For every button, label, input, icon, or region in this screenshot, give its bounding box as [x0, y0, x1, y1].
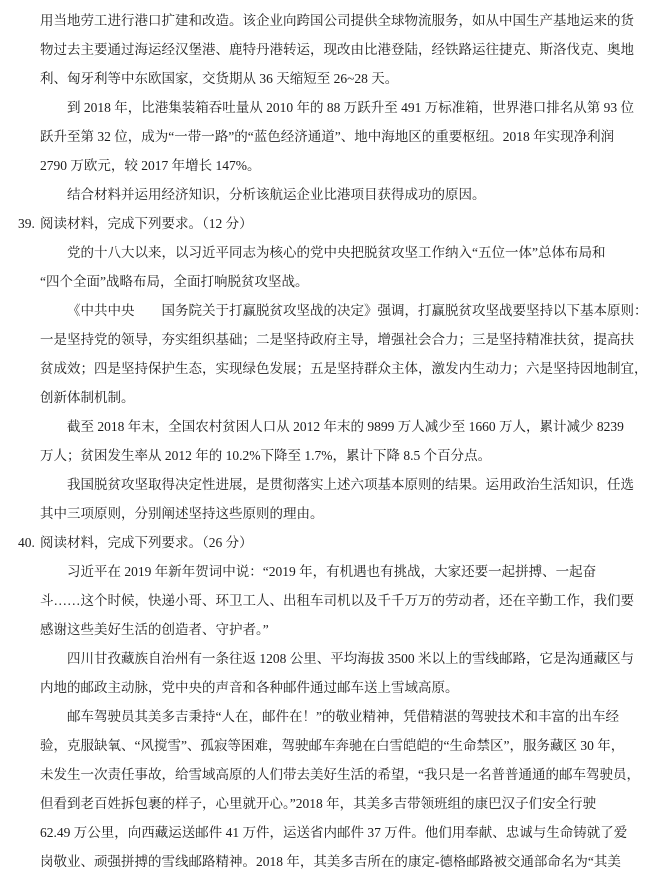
text-line: 跃升至第 32 位，成为“一带一路”的“蓝色经济通道”、地中海地区的重要枢纽。2…: [40, 122, 632, 151]
paragraph: 四川甘孜藏族自治州有一条往返 1208 公里、平均海拔 3500 米以上的雪线邮…: [40, 644, 632, 702]
text-line: 万人；贫困发生率从 2012 年的 10.2%下降至 1.7%，累计下降 8.5…: [40, 441, 632, 470]
paragraph: 我国脱贫攻坚取得决定性进展，是贯彻落实上述六项基本原则的结果。运用政治生活知识，…: [40, 470, 632, 528]
text-line: 感谢这些美好生活的创造者、守护者。”: [40, 615, 632, 644]
text-line: 斗……这个时候，快递小哥、环卫工人、出租车司机以及千千万万的劳动者，还在辛勤工作…: [40, 586, 632, 615]
text-line: 岗敬业、顽强拼搏的雪线邮路精神。2018 年，其美多吉所在的康定-德格邮路被交通…: [40, 847, 632, 876]
text-line: 62.49 万公里，向西藏运送邮件 41 万件，运送省内邮件 37 万件。他们用…: [40, 818, 632, 847]
paragraph: 结合材料并运用经济知识，分析该航运企业比港项目获得成功的原因。: [40, 180, 632, 209]
text-line: 物过去主要通过海运经汉堡港、鹿特丹港转运，现改由比港登陆，经铁路运往捷克、斯洛伐…: [40, 35, 632, 64]
text-line: 《中共中央 国务院关于打赢脱贫攻坚战的决定》强调，打赢脱贫攻坚战要坚持以下基本原…: [40, 296, 632, 325]
text-line: 2790 万欧元，较 2017 年增长 147%。: [40, 151, 632, 180]
text-line: 结合材料并运用经济知识，分析该航运企业比港项目获得成功的原因。: [40, 180, 632, 209]
text-line: 党的十八大以来，以习近平同志为核心的党中央把脱贫攻坚工作纳入“五位一体”总体布局…: [40, 238, 632, 267]
text-line: 截至 2018 年末，全国农村贫困人口从 2012 年末的 9899 万人减少至…: [40, 412, 632, 441]
text-line: 邮车驾驶员其美多吉秉持“人在，邮件在！”的敬业精神，凭借精湛的驾驶技术和丰富的出…: [40, 702, 632, 731]
question-title: 阅读材料，完成下列要求。（12 分）: [40, 216, 253, 231]
text-line: 习近平在 2019 年新年贺词中说：“2019 年，有机遇也有挑战，大家还要一起…: [40, 557, 632, 586]
text-line: 但看到老百姓拆包裹的样子，心里就开心。”2018 年，其美多吉带领班组的康巴汉子…: [40, 789, 632, 818]
question-title: 阅读材料，完成下列要求。（26 分）: [40, 535, 253, 550]
text-line: 用当地劳工进行港口扩建和改造。该企业向跨国公司提供全球物流服务，如从中国生产基地…: [40, 6, 632, 35]
exam-paper-page: 用当地劳工进行港口扩建和改造。该企业向跨国公司提供全球物流服务，如从中国生产基地…: [0, 0, 650, 896]
paragraph: 《中共中央 国务院关于打赢脱贫攻坚战的决定》强调，打赢脱贫攻坚战要坚持以下基本原…: [40, 296, 632, 412]
text-line: 贫成效；四是坚持保护生态，实现绿色发展；五是坚持群众主体，激发内生动力；六是坚持…: [40, 354, 632, 383]
paragraph: 党的十八大以来，以习近平同志为核心的党中央把脱贫攻坚工作纳入“五位一体”总体布局…: [40, 238, 632, 296]
paragraph: 邮车驾驶员其美多吉秉持“人在，邮件在！”的敬业精神，凭借精湛的驾驶技术和丰富的出…: [40, 702, 632, 876]
text-line: 内地的邮政主动脉，党中央的声音和各种邮件通过邮车送上雪域高原。: [40, 673, 632, 702]
paragraph: 习近平在 2019 年新年贺词中说：“2019 年，有机遇也有挑战，大家还要一起…: [40, 557, 632, 644]
question-number: 39.: [18, 209, 40, 238]
text-line: 未发生一次责任事故，给雪域高原的人们带去美好生活的希望，“我只是一名普普通通的邮…: [40, 760, 632, 789]
paragraph: 截至 2018 年末，全国农村贫困人口从 2012 年末的 9899 万人减少至…: [40, 412, 632, 470]
text-line: 我国脱贫攻坚取得决定性进展，是贯彻落实上述六项基本原则的结果。运用政治生活知识，…: [40, 470, 632, 499]
text-line: 其中三项原则，分别阐述坚持这些原则的理由。: [40, 499, 632, 528]
question-number: 40.: [18, 528, 40, 557]
question-heading: 39.阅读材料，完成下列要求。（12 分）: [18, 209, 632, 238]
text-line: 利、匈牙利等中东欧国家，交货期从 36 天缩短至 26~28 天。: [40, 64, 632, 93]
text-line: 到 2018 年，比港集装箱吞吐量从 2010 年的 88 万跃升至 491 万…: [40, 93, 632, 122]
text-line: 四川甘孜藏族自治州有一条往返 1208 公里、平均海拔 3500 米以上的雪线邮…: [40, 644, 632, 673]
question-heading: 40.阅读材料，完成下列要求。（26 分）: [18, 528, 632, 557]
text-line: 创新体制机制。: [40, 383, 632, 412]
paragraph: 到 2018 年，比港集装箱吞吐量从 2010 年的 88 万跃升至 491 万…: [40, 93, 632, 180]
question-block: 40.阅读材料，完成下列要求。（26 分）: [40, 528, 632, 557]
text-line: 验，克服缺氧、“风搅雪”、孤寂等困难，驾驶邮车奔驰在白雪皑皑的“生命禁区”，服务…: [40, 731, 632, 760]
question-block: 39.阅读材料，完成下列要求。（12 分）: [40, 209, 632, 238]
text-line: 一是坚持党的领导，夯实组织基础；二是坚持政府主导，增强社会合力；三是坚持精准扶贫…: [40, 325, 632, 354]
paragraph: 用当地劳工进行港口扩建和改造。该企业向跨国公司提供全球物流服务，如从中国生产基地…: [40, 6, 632, 93]
text-line: “四个全面”战略布局，全面打响脱贫攻坚战。: [40, 267, 632, 296]
